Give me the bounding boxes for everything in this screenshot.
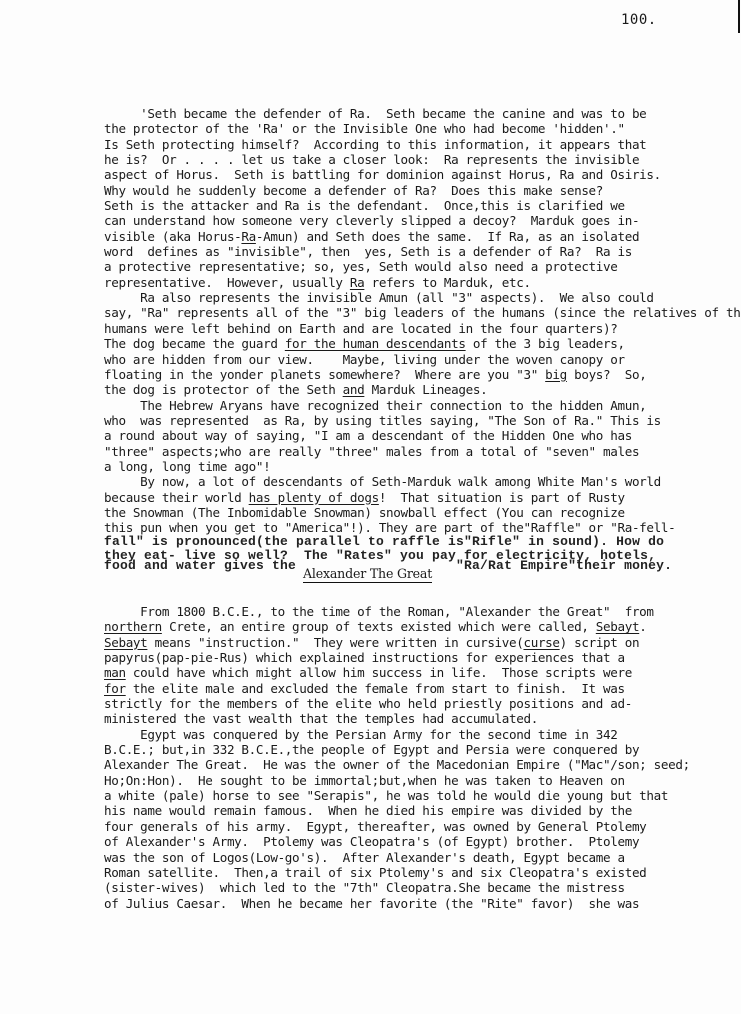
page-number: 100. — [621, 12, 657, 28]
text-line: man could have which might allow him suc… — [104, 665, 690, 680]
text-line: papyrus(pap-pie-Rus) which explained ins… — [104, 650, 690, 665]
text-line: the Snowman (The Inbomidable Snowman) sn… — [104, 505, 741, 520]
text-line: The Hebrew Aryans have recognized their … — [104, 398, 741, 413]
text-line: say, "Ra" represents all of the "3" big … — [104, 305, 741, 320]
text-line: humans were left behind on Earth and are… — [104, 321, 741, 336]
text-line: Seth is the attacker and Ra is the defen… — [104, 198, 741, 213]
text-line: was the son of Logos(Low-go's). After Al… — [104, 850, 690, 865]
text-line: northern Crete, an entire group of texts… — [104, 619, 690, 634]
text-line: From 1800 B.C.E., to the time of the Rom… — [104, 604, 690, 619]
text-line: By now, a lot of descendants of Seth-Mar… — [104, 474, 741, 489]
text-line: a round about way of saying, "I am a des… — [104, 428, 741, 443]
text-line: ministered the vast wealth that the temp… — [104, 711, 690, 726]
text-line: of Julius Caesar. When he became her fav… — [104, 896, 690, 911]
text-line: Egypt was conquered by the Persian Army … — [104, 727, 690, 742]
text-line: Sebayt means "instruction." They were wr… — [104, 635, 690, 650]
text-line: his name would remain famous. When he di… — [104, 803, 690, 818]
text-line: Ra also represents the invisible Amun (a… — [104, 290, 741, 305]
text-line: visible (aka Horus-Ra-Amun) and Seth doe… — [104, 229, 741, 244]
text-line: because their world has plenty of dogs! … — [104, 490, 741, 505]
text-line: a white (pale) horse to see "Serapis", h… — [104, 788, 690, 803]
text-line: who are hidden from our view. Maybe, liv… — [104, 352, 741, 367]
text-line: "three" aspects;who are really "three" m… — [104, 444, 741, 459]
text-line: four generals of his army. Egypt, therea… — [104, 819, 690, 834]
text-line: he is? Or . . . . let us take a closer l… — [104, 152, 741, 167]
text-line: can understand how someone very cleverly… — [104, 213, 741, 228]
document-page: 100. 'Seth became the defender of Ra. Se… — [0, 0, 741, 1014]
text-line: The dog became the guard for the human d… — [104, 336, 741, 351]
text-line: (sister-wives) which led to the "7th" Cl… — [104, 880, 690, 895]
text-line: Why would he suddenly become a defender … — [104, 183, 741, 198]
text-line: a long, long time ago"! — [104, 459, 741, 474]
text-line: B.C.E.; but,in 332 B.C.E.,the people of … — [104, 742, 690, 757]
section-heading: Alexander The Great — [303, 566, 432, 583]
text-line: strictly for the members of the elite wh… — [104, 696, 690, 711]
edge-rule — [738, 0, 740, 33]
text-line: the dog is protector of the Seth and Mar… — [104, 382, 741, 397]
text-line: the protector of the 'Ra' or the Invisib… — [104, 121, 741, 136]
text-line: who was represented as Ra, by using titl… — [104, 413, 741, 428]
section-alexander: From 1800 B.C.E., to the time of the Rom… — [104, 604, 690, 911]
text-line: Roman satellite. Then,a trail of six Pto… — [104, 865, 690, 880]
text-line: aspect of Horus. Seth is battling for do… — [104, 167, 741, 182]
text-line: of Alexander's Army. Ptolemy was Cleopat… — [104, 834, 690, 849]
text-line: for the elite male and excluded the fema… — [104, 681, 690, 696]
typed-overlay-line: fall" is pronounced(the parallel to raff… — [104, 534, 664, 549]
text-line: Ho;On:Hon). He sought to be immortal;but… — [104, 773, 690, 788]
text-line: floating in the yonder planets somewhere… — [104, 367, 741, 382]
text-line: representative. However, usually Ra refe… — [104, 275, 741, 290]
text-line: 'Seth became the defender of Ra. Seth be… — [104, 106, 741, 121]
text-line: a protective representative; so, yes, Se… — [104, 259, 741, 274]
text-line: word defines as "invisible", then yes, S… — [104, 244, 741, 259]
text-line: Alexander The Great. He was the owner of… — [104, 757, 690, 772]
section-seth-ra: 'Seth became the defender of Ra. Seth be… — [104, 106, 741, 536]
text-line: Is Seth protecting himself? According to… — [104, 137, 741, 152]
